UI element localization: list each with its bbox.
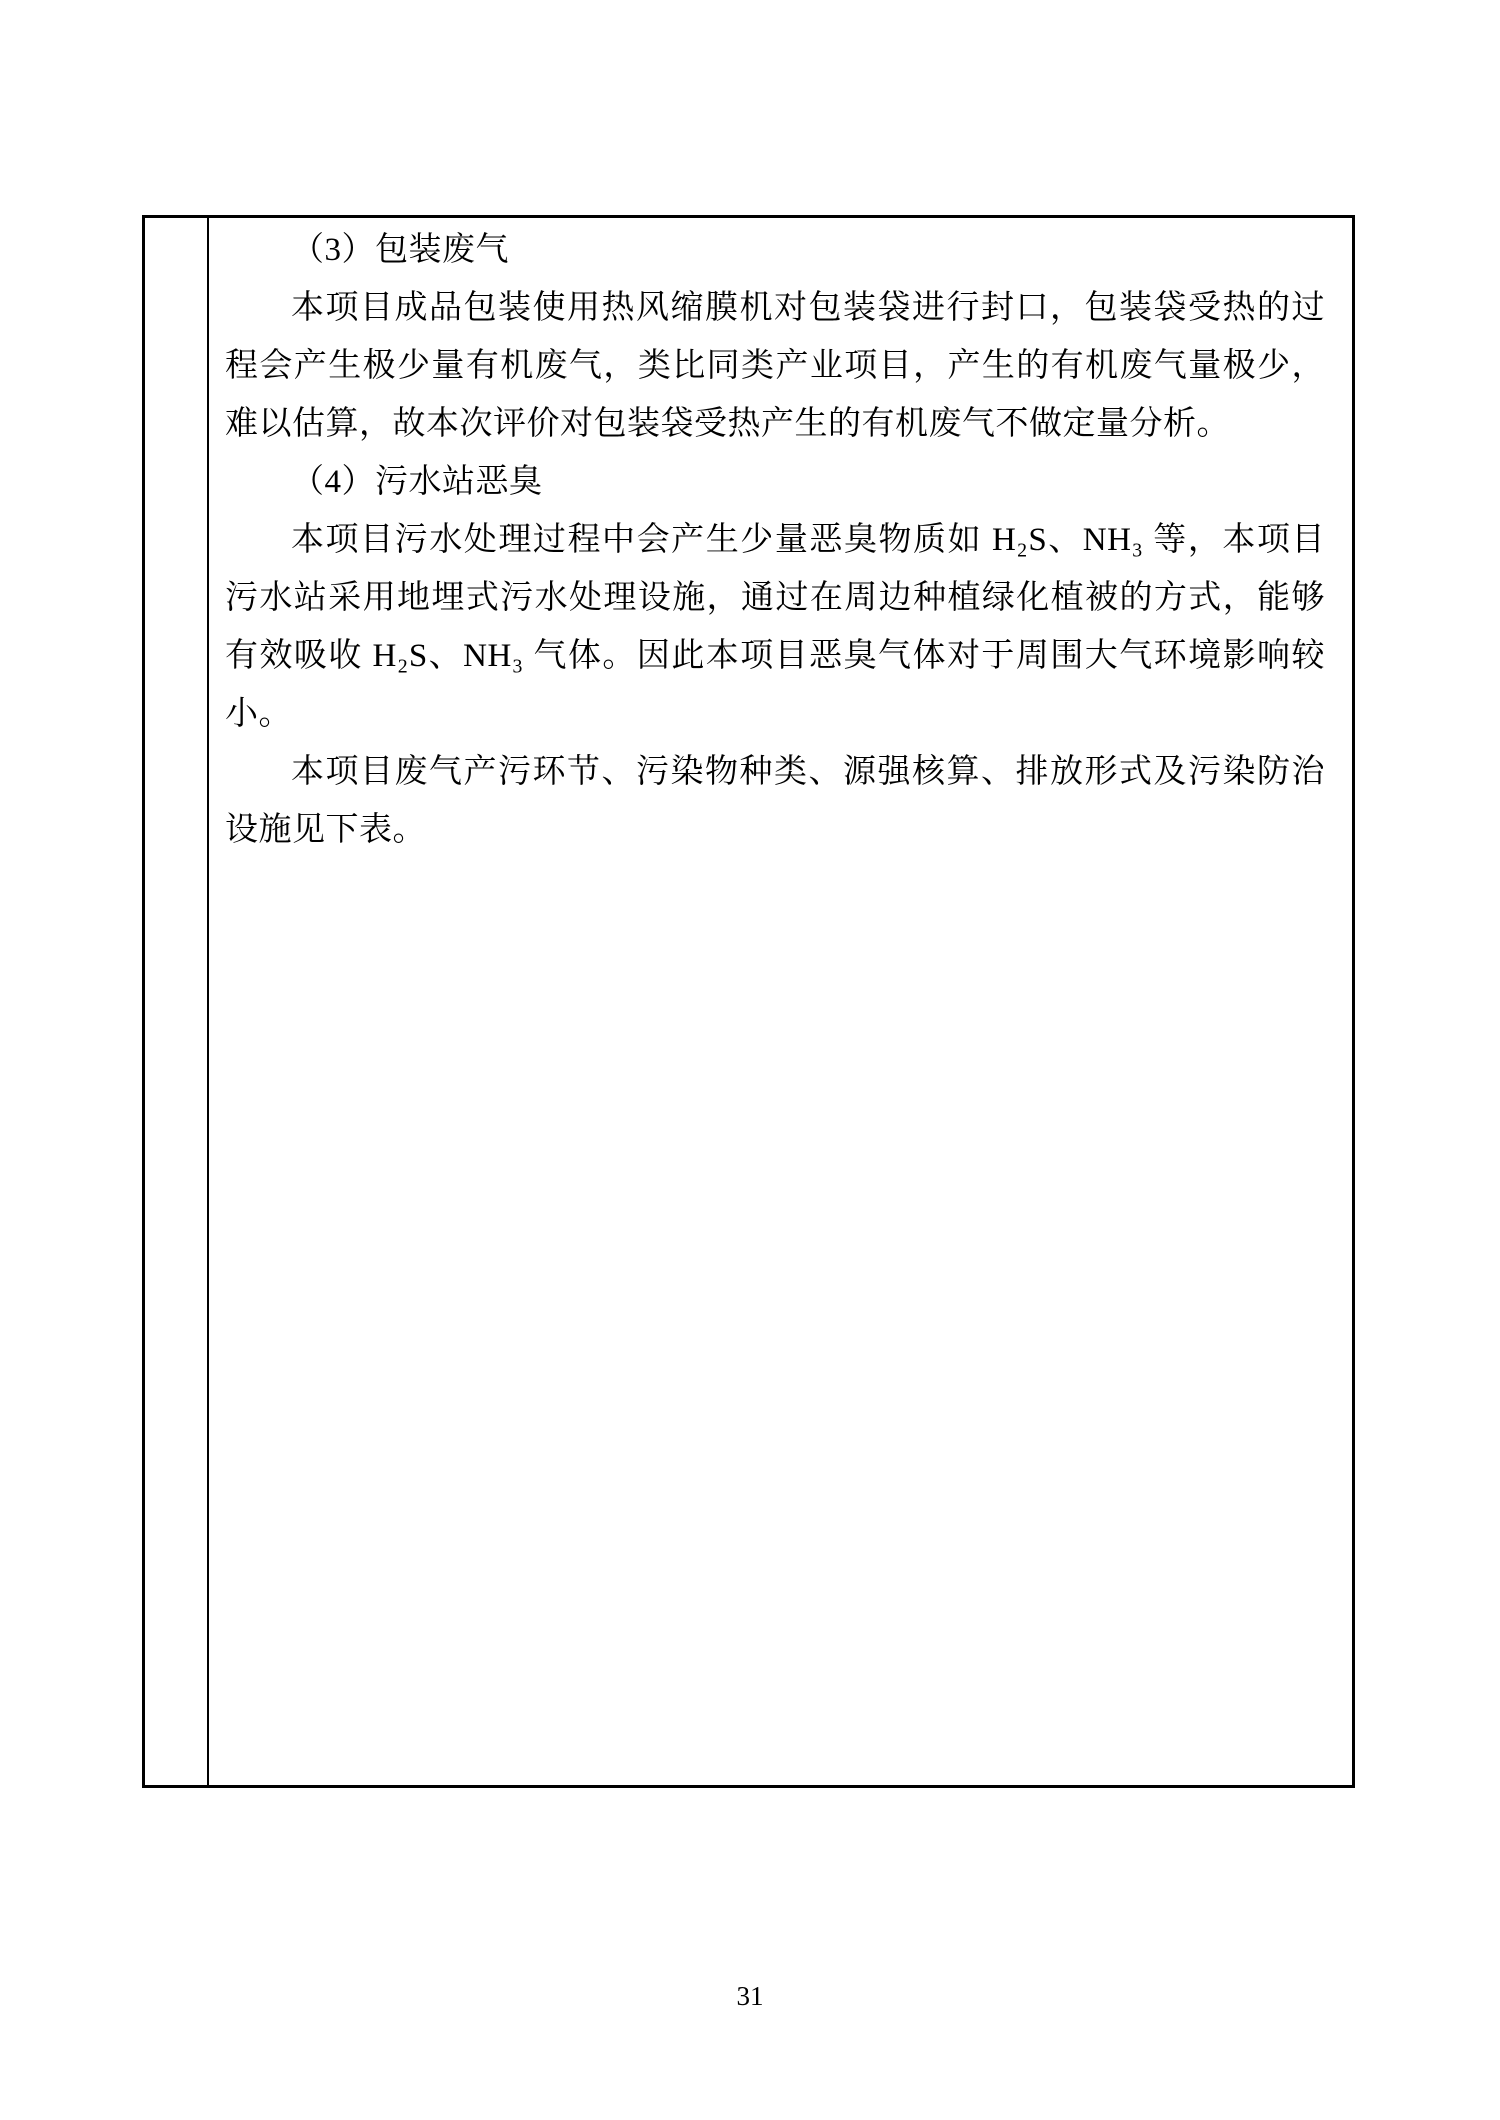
report-table-frame: （3）包装废气 本项目成品包装使用热风缩膜机对包装袋进行封口，包装袋受热的过程会…: [142, 215, 1355, 1788]
paragraph-sewage-odor-heading: （4）污水站恶臭: [225, 453, 1325, 511]
paragraph-packaging-gas-heading: （3）包装废气: [225, 221, 1325, 279]
paragraph-summary-line: 本项目废气产污环节、污染物种类、源强核算、排放形式及污染防治设施见下表。: [225, 743, 1325, 859]
table-row-content: （3）包装废气 本项目成品包装使用热风缩膜机对包装袋进行封口，包装袋受热的过程会…: [209, 218, 1352, 1785]
table-row-label-column: [145, 218, 209, 1785]
paragraph-packaging-gas-body: 本项目成品包装使用热风缩膜机对包装袋进行封口，包装袋受热的过程会产生极少量有机废…: [225, 279, 1325, 453]
document-page: （3）包装废气 本项目成品包装使用热风缩膜机对包装袋进行封口，包装袋受热的过程会…: [0, 0, 1500, 2120]
page-number: 31: [0, 1981, 1500, 2012]
paragraph-sewage-odor-body: 本项目污水处理过程中会产生少量恶臭物质如 H₂S、NH₃ 等，本项目污水站采用地…: [225, 511, 1325, 743]
